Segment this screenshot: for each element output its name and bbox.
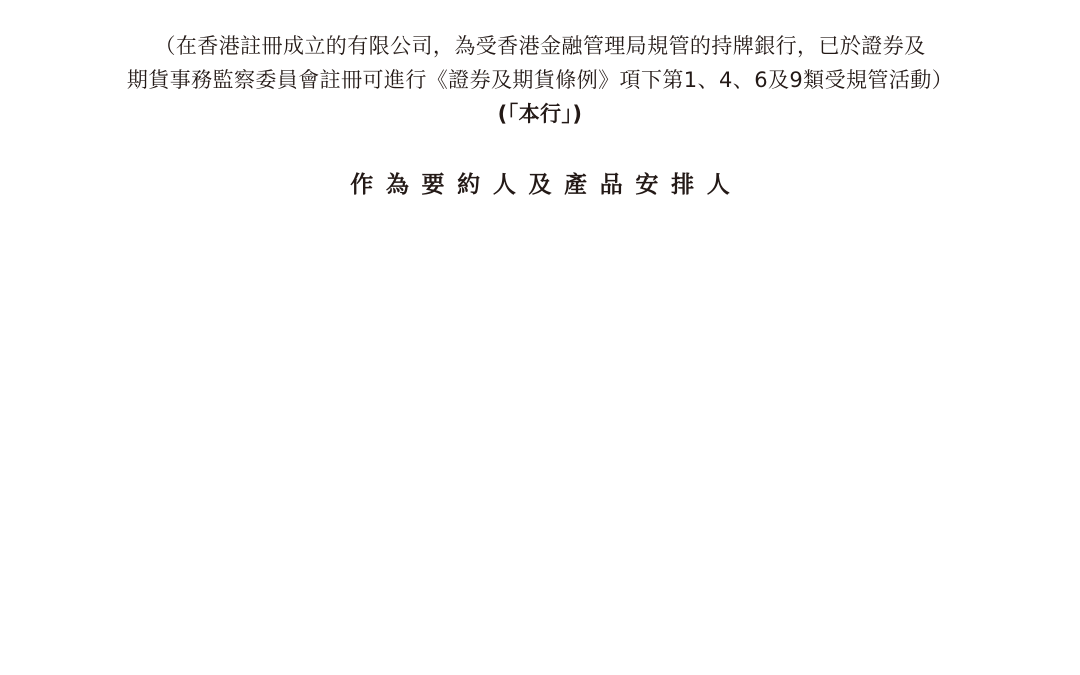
role-heading: 作為要約人及產品安排人: [0, 166, 1080, 199]
issuer-regulatory-note: （在香港註冊成立的有限公司，為受香港金融管理局規管的持牌銀行，已於證券及 期貨事…: [0, 0, 1080, 131]
issuer-note-line-2: 期貨事務監察委員會註冊可進行《證券及期貨條例》項下第1、4、6及9類受規管活動）: [0, 63, 1080, 97]
issuer-note-line-1: （在香港註冊成立的有限公司，為受香港金融管理局規管的持牌銀行，已於證券及: [0, 29, 1080, 63]
blank-page-area: [0, 220, 1080, 675]
bank-abbreviation-line: (「本行」): [0, 97, 1080, 131]
document-page: （在香港註冊成立的有限公司，為受香港金融管理局規管的持牌銀行，已於證券及 期貨事…: [0, 0, 1080, 675]
